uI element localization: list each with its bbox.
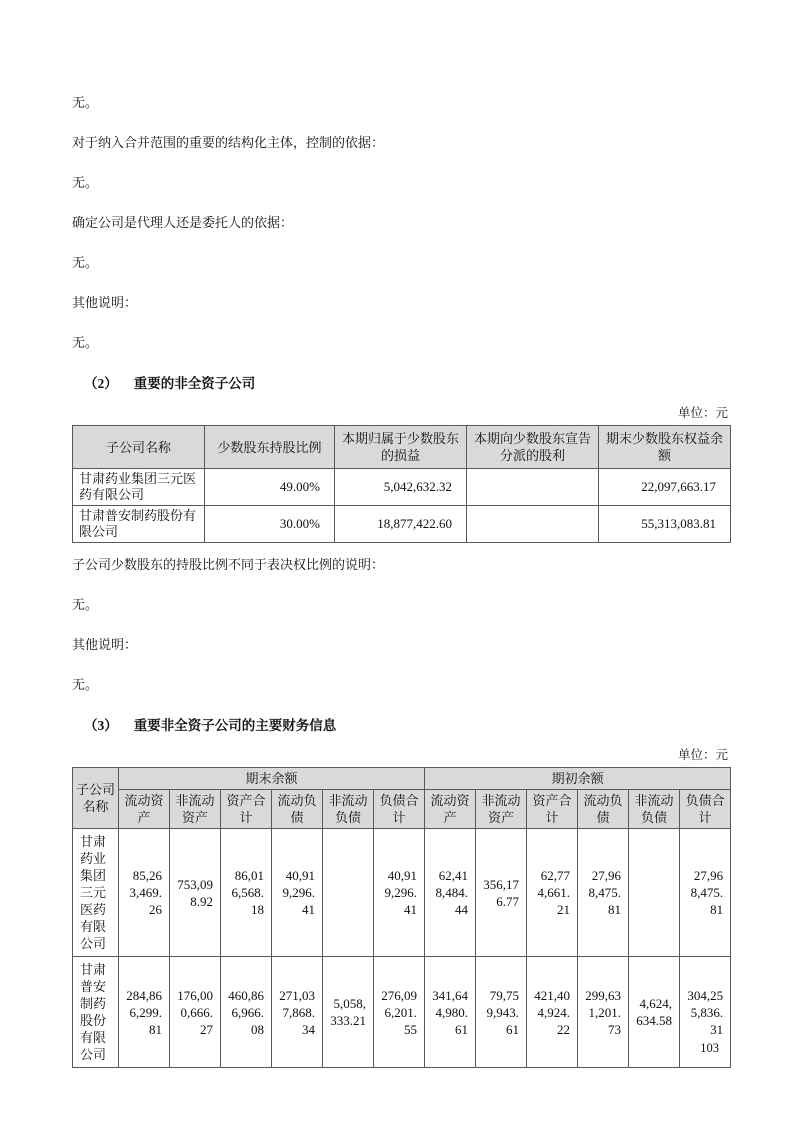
cell-beginning-noncurrent-assets: 79,759,943.61 [476, 957, 527, 1068]
cell-beginning-current-liabilities: 27,968,475.81 [578, 829, 629, 957]
cell-beginning-current-assets: 341,644,980.61 [425, 957, 476, 1068]
col-header-current-liabilities: 流动负债 [578, 790, 629, 829]
cell-beginning-noncurrent-liabilities: 4,624,634.58 [629, 957, 680, 1068]
group-header-row: 子公司名称 期末余额 期初余额 [73, 768, 731, 790]
col-header-total-assets: 资产合计 [527, 790, 578, 829]
cell-minority-profit: 5,042,632.32 [335, 469, 467, 506]
section-2-number: （2） [84, 376, 118, 391]
cell-minority-ratio: 49.00% [205, 469, 335, 506]
cell-ending-noncurrent-assets: 176,000,666.27 [170, 957, 221, 1068]
col-header-noncurrent-liabilities: 非流动负债 [323, 790, 374, 829]
note-label: 其他说明： [72, 637, 730, 653]
cell-ending-minority-equity: 22,097,663.17 [599, 469, 731, 506]
section-3-title: 重要非全资子公司的主要财务信息 [134, 718, 337, 733]
page-content: 无。 对于纳入合并范围的重要的结构化主体，控制的依据： 无。 确定公司是代理人还… [72, 95, 730, 1068]
cell-ending-noncurrent-liabilities [323, 829, 374, 957]
note-value: 无。 [72, 677, 730, 693]
section-2-title: 重要的非全资子公司 [134, 376, 256, 391]
cell-beginning-noncurrent-assets: 356,176.77 [476, 829, 527, 957]
col-header-total-liabilities: 负债合计 [374, 790, 425, 829]
col-header-ending-minority-equity: 期末少数股东权益余额 [599, 426, 731, 469]
col-header-noncurrent-assets: 非流动资产 [476, 790, 527, 829]
col-header-current-assets: 流动资产 [119, 790, 170, 829]
corner-header-subsidiary-name: 子公司名称 [73, 768, 119, 829]
col-header-noncurrent-liabilities: 非流动负债 [629, 790, 680, 829]
table-row: 甘肃药业集团三元医药有限公司 85,263,469.26 753,098.92 … [73, 829, 731, 957]
note-label: 子公司少数股东的持股比例不同于表决权比例的说明： [72, 557, 730, 573]
intro-paragraph: 无。 [72, 335, 730, 351]
sub-header-row: 流动资产 非流动资产 资产合计 流动负债 非流动负债 负债合计 流动资产 非流动… [73, 790, 731, 829]
table-row: 甘肃药业集团三元医药有限公司 49.00% 5,042,632.32 22,09… [73, 469, 731, 506]
cell-ending-total-assets: 460,866,966.08 [221, 957, 272, 1068]
section-2-heading: （2）重要的非全资子公司 [84, 375, 730, 392]
cell-beginning-noncurrent-liabilities [629, 829, 680, 957]
cell-declared-dividend [467, 506, 599, 543]
cell-beginning-total-liabilities: 27,968,475.81 [680, 829, 731, 957]
cell-subsidiary-name: 甘肃药业集团三元医药有限公司 [73, 469, 205, 506]
col-header-total-liabilities: 负债合计 [680, 790, 731, 829]
cell-subsidiary-name: 甘肃药业集团三元医药有限公司 [73, 829, 119, 957]
table-row: 甘肃普安制药股份有限公司 284,866,299.81 176,000,666.… [73, 957, 731, 1068]
intro-paragraph: 对于纳入合并范围的重要的结构化主体，控制的依据： [72, 135, 730, 151]
cell-ending-current-assets: 85,263,469.26 [119, 829, 170, 957]
unit-label: 单位：元 [72, 406, 728, 421]
unit-label: 单位：元 [72, 748, 728, 763]
cell-ending-minority-equity: 55,313,083.81 [599, 506, 731, 543]
section-3-number: （3） [84, 718, 118, 733]
cell-subsidiary-name: 甘肃普安制药股份有限公司 [73, 957, 119, 1068]
col-header-current-liabilities: 流动负债 [272, 790, 323, 829]
cell-beginning-current-assets: 62,418,484.44 [425, 829, 476, 957]
cell-subsidiary-name: 甘肃普安制药股份有限公司 [73, 506, 205, 543]
table-row: 甘肃普安制药股份有限公司 30.00% 18,877,422.60 55,313… [73, 506, 731, 543]
intro-paragraph: 无。 [72, 95, 730, 111]
intro-paragraph: 确定公司是代理人还是委托人的依据： [72, 215, 730, 231]
cell-ending-noncurrent-liabilities: 5,058,333.21 [323, 957, 374, 1068]
cell-beginning-current-liabilities: 299,631,201.73 [578, 957, 629, 1068]
cell-ending-current-liabilities: 271,037,868.34 [272, 957, 323, 1068]
group-header-ending-balance: 期末余额 [119, 768, 425, 790]
cell-beginning-total-assets: 62,774,661.21 [527, 829, 578, 957]
col-header-minority-profit: 本期归属于少数股东的损益 [335, 426, 467, 469]
cell-beginning-total-assets: 421,404,924.22 [527, 957, 578, 1068]
col-header-minority-ratio: 少数股东持股比例 [205, 426, 335, 469]
intro-paragraph: 其他说明： [72, 295, 730, 311]
financial-info-table: 子公司名称 期末余额 期初余额 流动资产 非流动资产 资产合计 流动负债 非流动… [72, 767, 731, 1068]
col-header-current-assets: 流动资产 [425, 790, 476, 829]
cell-ending-noncurrent-assets: 753,098.92 [170, 829, 221, 957]
cell-ending-current-assets: 284,866,299.81 [119, 957, 170, 1068]
col-header-noncurrent-assets: 非流动资产 [170, 790, 221, 829]
note-value: 无。 [72, 597, 730, 613]
cell-ending-total-liabilities: 40,919,296.41 [374, 829, 425, 957]
document-page: 无。 对于纳入合并范围的重要的结构化主体，控制的依据： 无。 确定公司是代理人还… [0, 0, 793, 1122]
col-header-declared-dividend: 本期向少数股东宣告分派的股利 [467, 426, 599, 469]
section-3-heading: （3）重要非全资子公司的主要财务信息 [84, 717, 730, 734]
intro-paragraph: 无。 [72, 175, 730, 191]
page-number: 103 [700, 1041, 719, 1056]
cell-minority-ratio: 30.00% [205, 506, 335, 543]
cell-ending-total-assets: 86,016,568.18 [221, 829, 272, 957]
group-header-beginning-balance: 期初余额 [425, 768, 731, 790]
cell-ending-total-liabilities: 276,096,201.55 [374, 957, 425, 1068]
intro-paragraph: 无。 [72, 255, 730, 271]
cell-minority-profit: 18,877,422.60 [335, 506, 467, 543]
minority-interest-table: 子公司名称 少数股东持股比例 本期归属于少数股东的损益 本期向少数股东宣告分派的… [72, 425, 731, 543]
table-header-row: 子公司名称 少数股东持股比例 本期归属于少数股东的损益 本期向少数股东宣告分派的… [73, 426, 731, 469]
col-header-subsidiary-name: 子公司名称 [73, 426, 205, 469]
cell-ending-current-liabilities: 40,919,296.41 [272, 829, 323, 957]
col-header-total-assets: 资产合计 [221, 790, 272, 829]
cell-declared-dividend [467, 469, 599, 506]
